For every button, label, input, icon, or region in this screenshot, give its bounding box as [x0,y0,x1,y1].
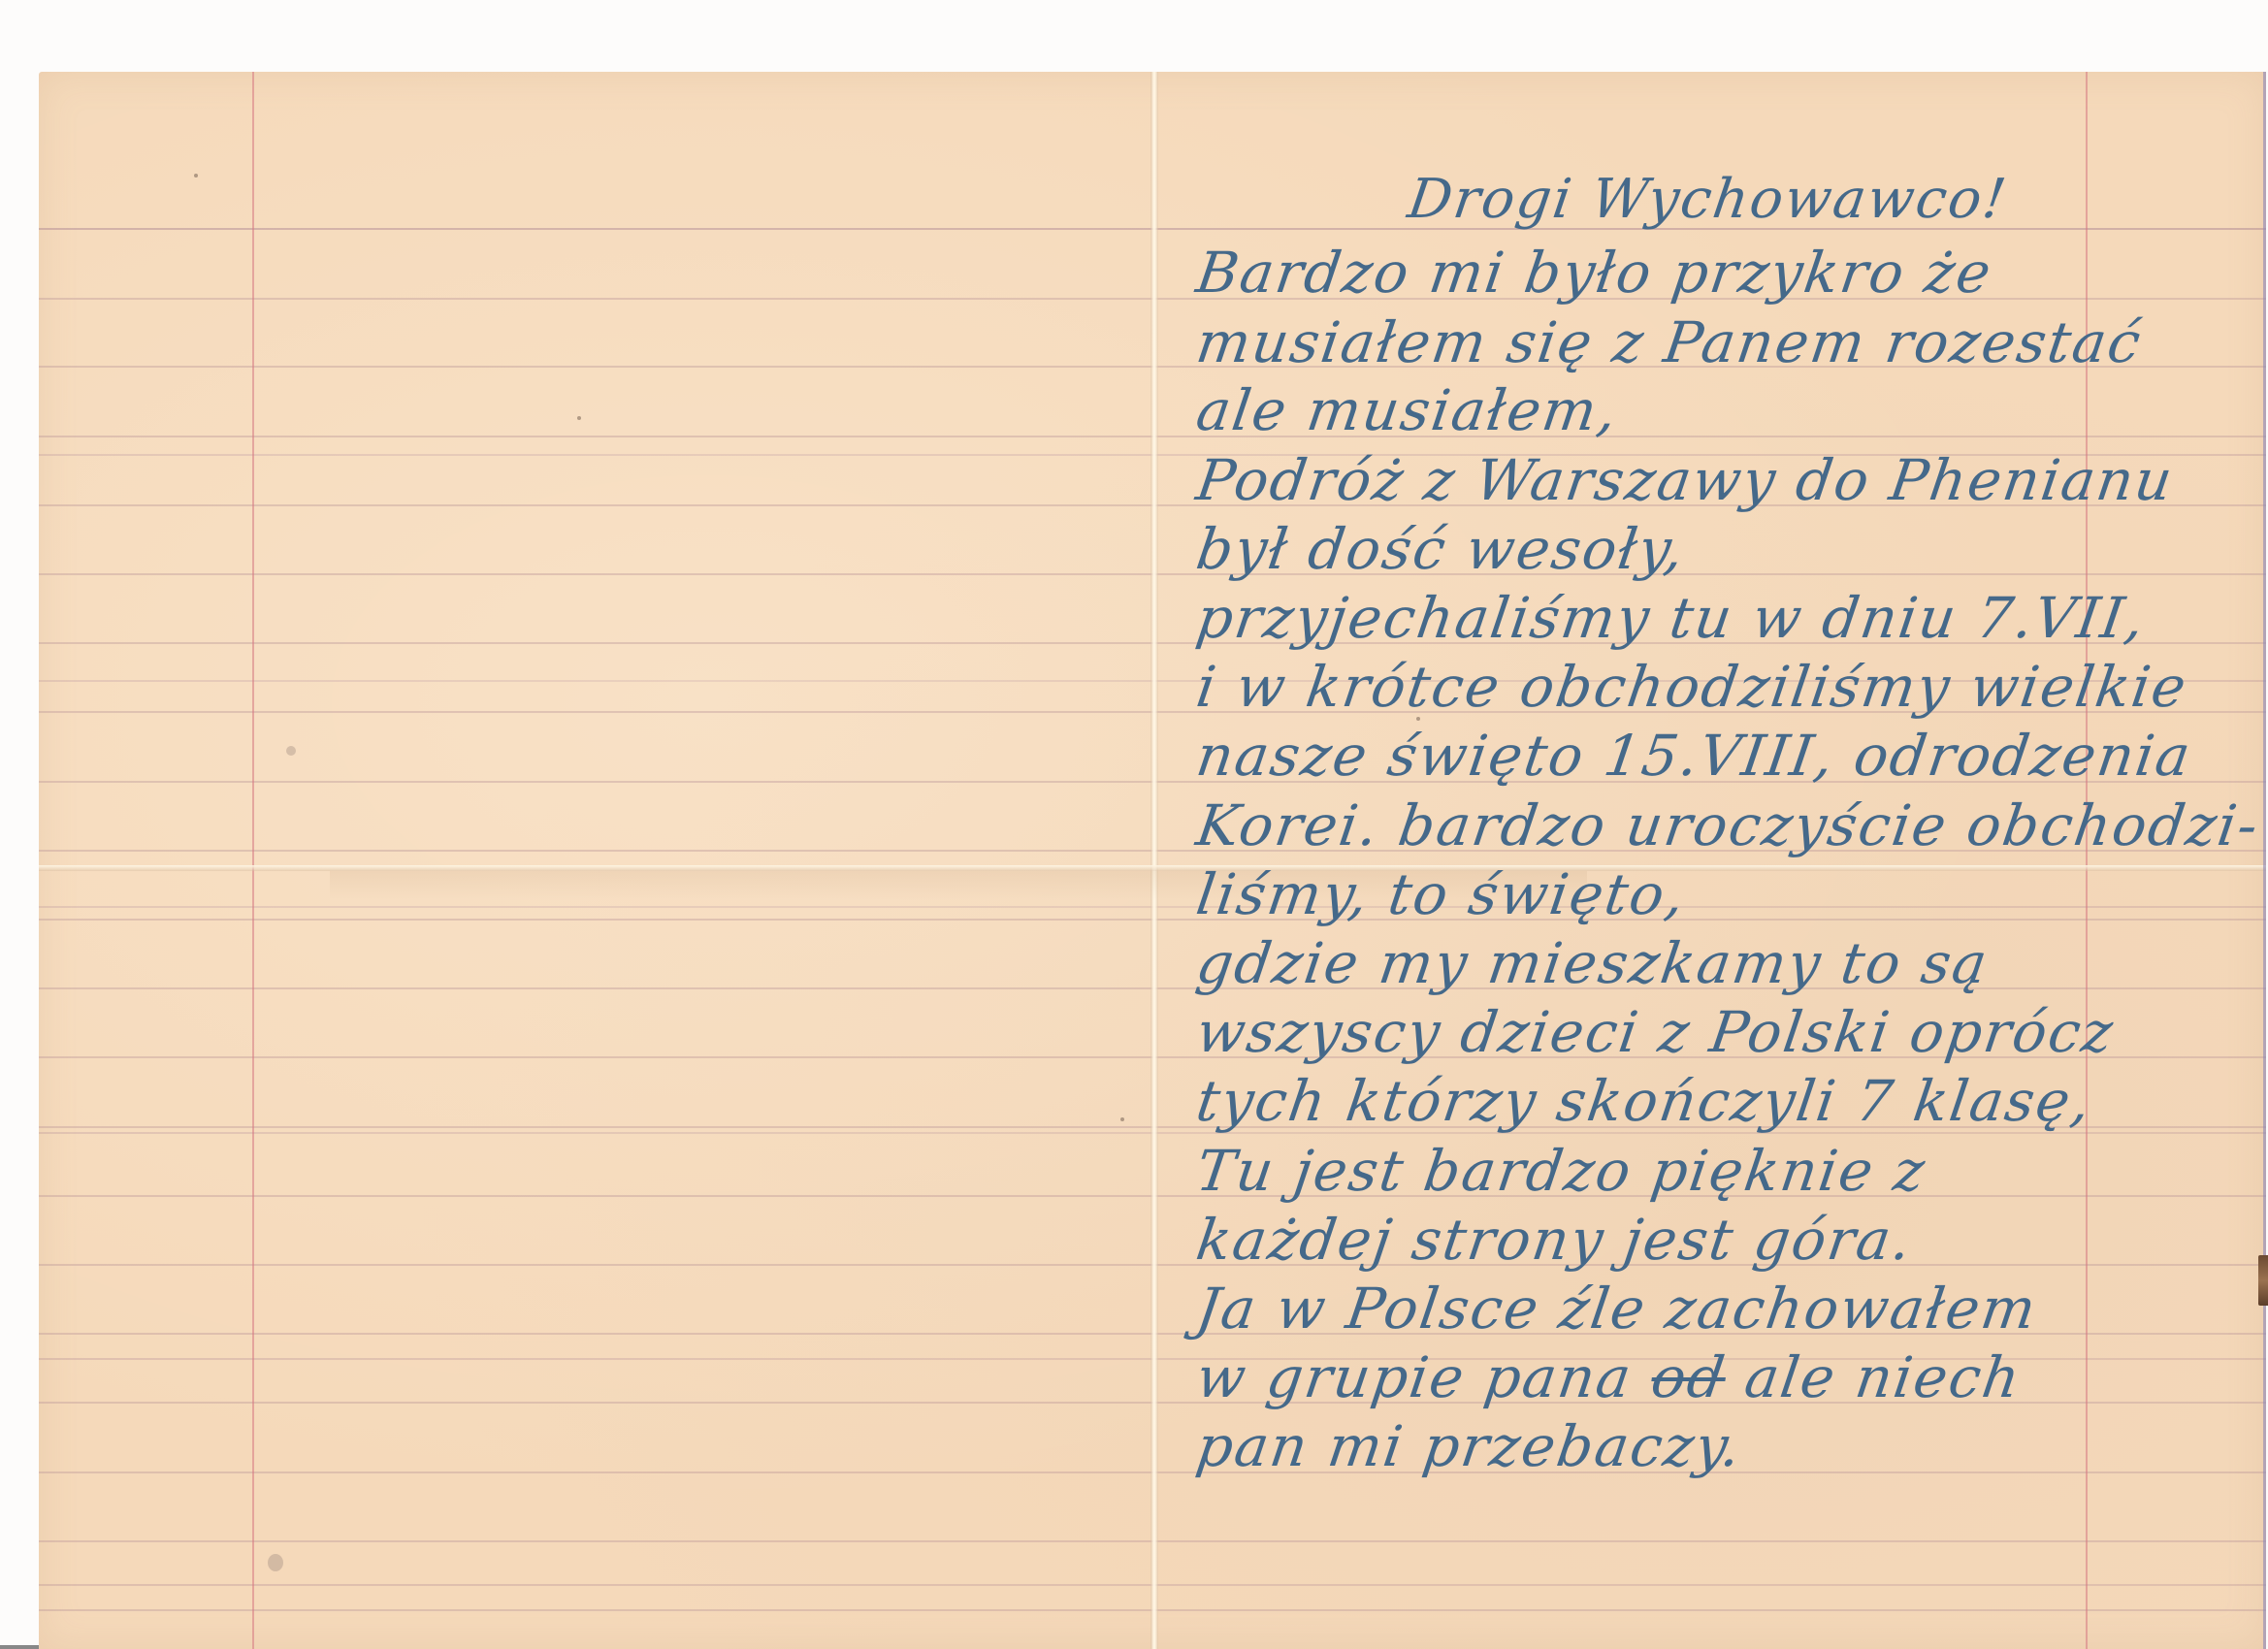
paper-sheet: Drogi Wychowawco! Bardzo mi było przykro… [39,72,2266,1649]
letter-line: nasze święto 15.VIII, odrodzenia [1193,727,2195,784]
letter-line: był dość wesoły, [1193,521,1689,577]
letter-text: w grupie pana [1192,1344,1636,1410]
vertical-fold [1150,72,1158,1649]
letter-line: ale musiałem, [1193,382,1622,438]
letter-salutation: Drogi Wychowawco! [1405,173,2011,227]
letter-line: tych którzy skończyli 7 klasę, [1193,1073,2095,1129]
letter-line: każdej strony jest góra. [1193,1212,1916,1268]
paper-tear-mark [2258,1255,2268,1306]
letter-line: Ja w Polsce źle zachowałem [1193,1280,2041,1337]
scanned-letter: Drogi Wychowawco! Bardzo mi było przykro… [0,0,2268,1649]
paper-stain [286,746,296,756]
paper-speck [577,416,581,420]
paper-right-edge [2263,72,2266,1649]
letter-line: i w krótce obchodziliśmy wielkie [1193,659,2191,715]
letter-line: liśmy, to święto, [1193,866,1690,922]
letter-line: Korei. bardzo uroczyście obchodzi- [1193,797,2263,854]
paper-stain [268,1554,283,1571]
left-margin-line [252,72,254,1649]
letter-line: Bardzo mi było przykro że [1193,244,1995,301]
letter-line: Tu jest bardzo pięknie z [1193,1143,1929,1199]
letter-line: musiałem się z Panem rozestać [1193,314,2146,371]
letter-text: ale niech [1741,1344,2026,1410]
letter-body: Drogi Wychowawco! Bardzo mi było przykro… [1193,72,2163,1649]
letter-line: przyjechaliśmy tu w dniu 7.VII, [1193,590,2150,646]
letter-line: gdzie my mieszkamy to są [1193,935,1993,991]
scanner-edge-strip [0,1645,39,1649]
paper-speck [1120,1117,1124,1121]
letter-line: wszyscy dzieci z Polski oprócz [1193,1004,2118,1060]
letter-line: Podróż z Warszawy do Phenianu [1193,452,2178,508]
letter-closing-line: pan mi przebaczy. [1193,1418,1746,1474]
struck-out-word: od [1647,1344,1731,1410]
letter-line: w grupie pana od ale niech [1193,1349,2025,1406]
paper-speck [194,174,198,178]
